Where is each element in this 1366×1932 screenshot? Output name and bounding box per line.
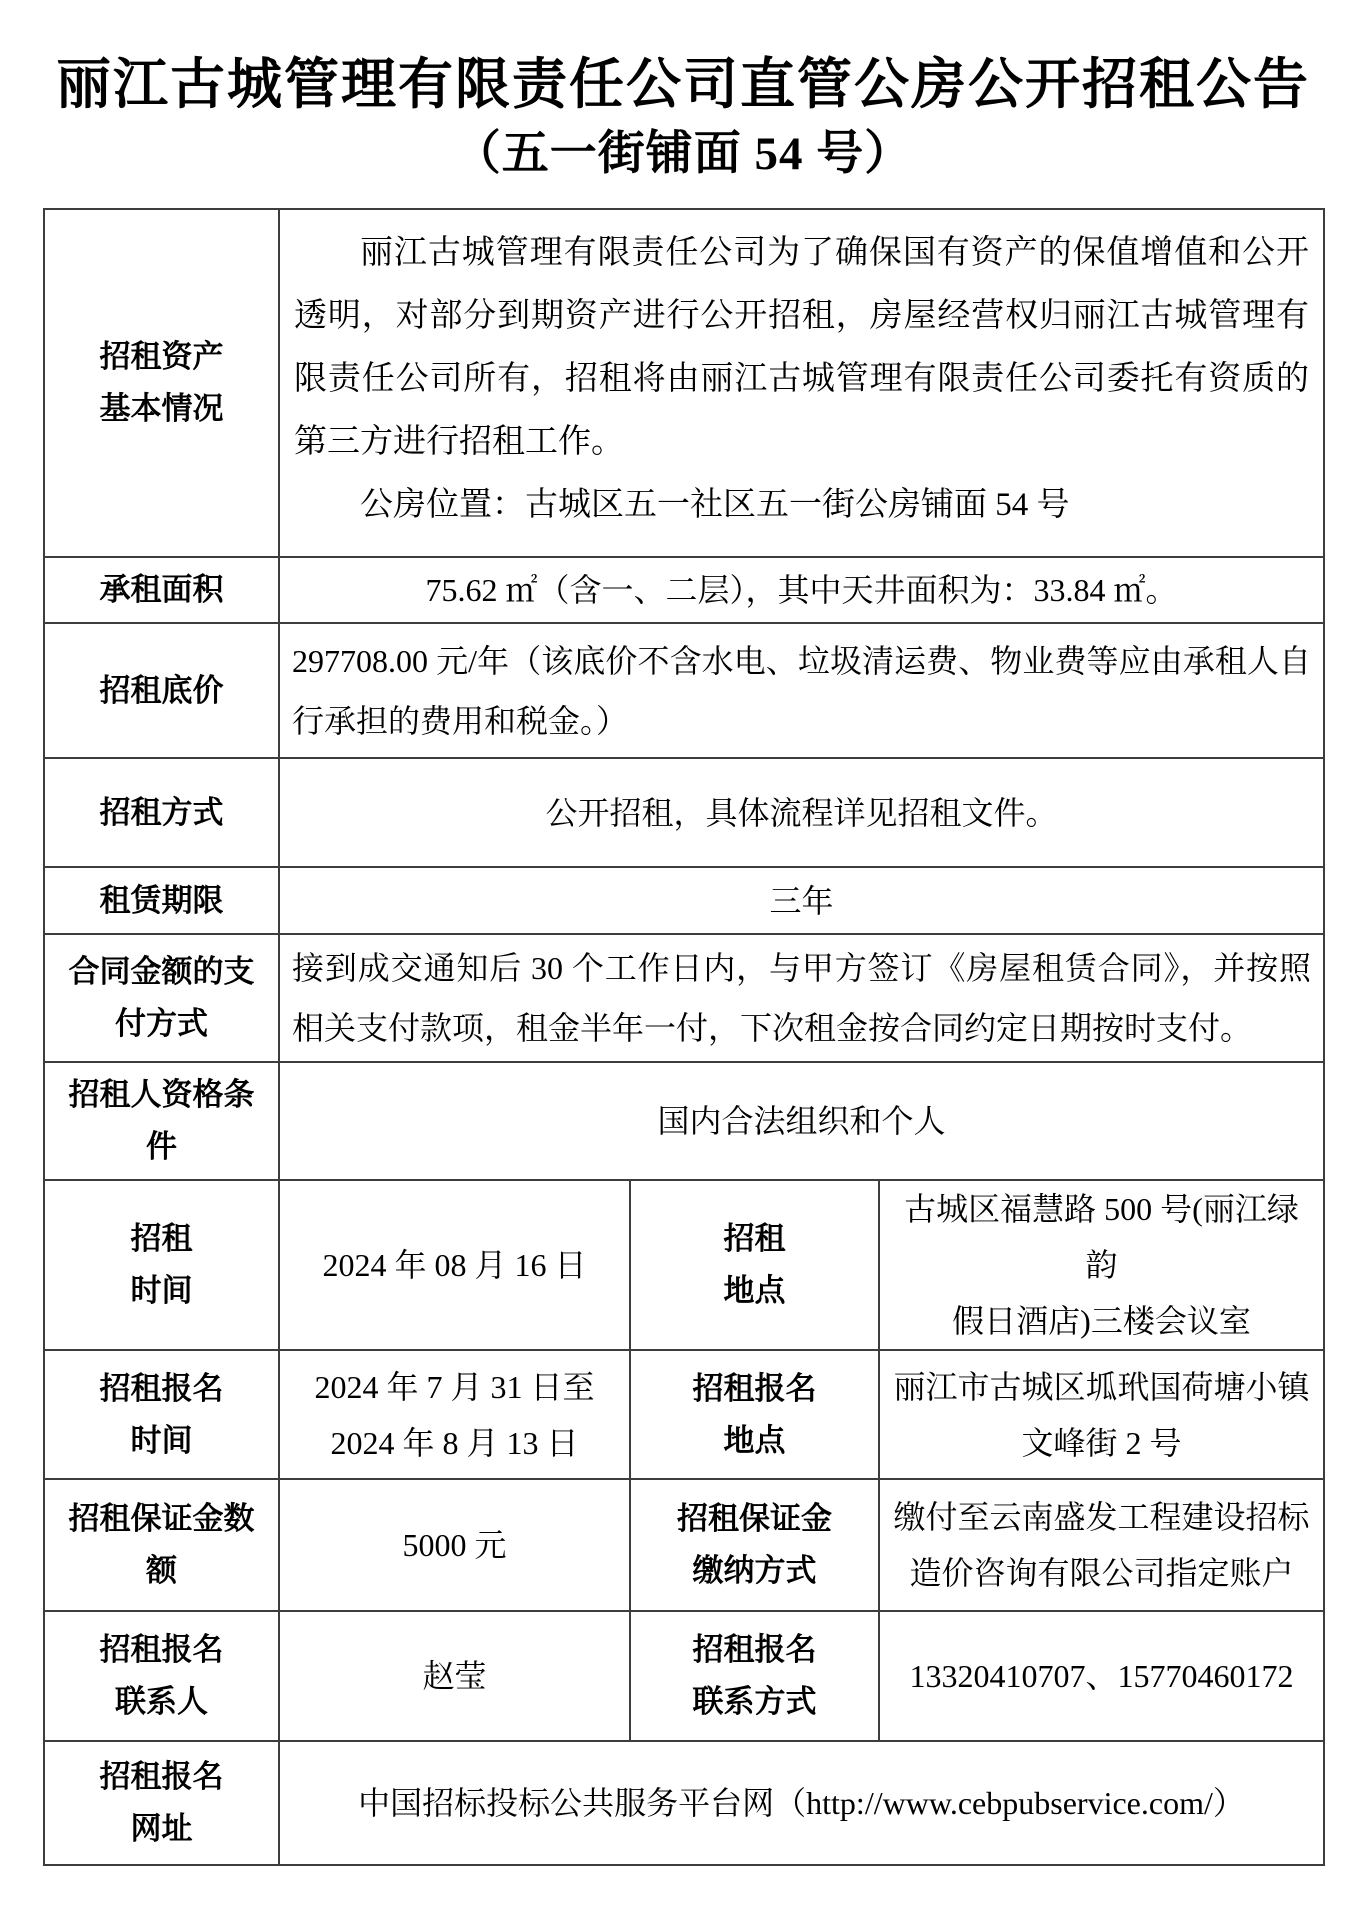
value-signup-time: 2024 年 7 月 31 日至 2024 年 8 月 13 日 bbox=[279, 1350, 630, 1479]
row-asset-basic-info: 招租资产 基本情况 丽江古城管理有限责任公司为了确保国有资产的保值增值和公开透明… bbox=[44, 209, 1324, 557]
row-eligibility: 招租人资格条 件 国内合法组织和个人 bbox=[44, 1062, 1324, 1180]
label-deposit-payment: 招租保证金 缴纳方式 bbox=[630, 1479, 879, 1611]
row-signup-website: 招租报名 网址 中国招标投标公共服务平台网（http://www.cebpubs… bbox=[44, 1741, 1324, 1865]
label-rental-area: 承租面积 bbox=[44, 557, 279, 623]
label-rental-time: 招租 时间 bbox=[44, 1180, 279, 1350]
row-payment-terms: 合同金额的支 付方式 接到成交通知后 30 个工作日内，与甲方签订《房屋租赁合同… bbox=[44, 934, 1324, 1062]
label-asset-basic-info: 招租资产 基本情况 bbox=[44, 209, 279, 557]
asset-basic-info-paragraph: 丽江古城管理有限责任公司为了确保国有资产的保值增值和公开透明，对部分到期资产进行… bbox=[294, 222, 1309, 474]
label-lease-term: 租赁期限 bbox=[44, 867, 279, 934]
label-rental-method: 招租方式 bbox=[44, 758, 279, 867]
label-base-price: 招租底价 bbox=[44, 623, 279, 758]
title-line-1: 丽江古城管理有限责任公司直管公房公开招租公告 bbox=[0, 46, 1366, 124]
value-deposit-amount: 5000 元 bbox=[279, 1479, 630, 1611]
label-deposit-amount: 招租保证金数 额 bbox=[44, 1479, 279, 1611]
cell-asset-basic-info: 丽江古城管理有限责任公司为了确保国有资产的保值增值和公开透明，对部分到期资产进行… bbox=[279, 209, 1324, 557]
value-contact-person: 赵莹 bbox=[279, 1611, 630, 1741]
row-signup-time-venue: 招租报名 时间 2024 年 7 月 31 日至 2024 年 8 月 13 日… bbox=[44, 1350, 1324, 1479]
label-signup-venue: 招租报名 地点 bbox=[630, 1350, 879, 1479]
value-rental-method: 公开招租，具体流程详见招租文件。 bbox=[279, 758, 1324, 867]
label-signup-time: 招租报名 时间 bbox=[44, 1350, 279, 1479]
value-signup-venue: 丽江市古城区坬玳国荷塘小镇 文峰街 2 号 bbox=[879, 1350, 1324, 1479]
value-payment-terms: 接到成交通知后 30 个工作日内，与甲方签订《房屋租赁合同》，并按照相关支付款项… bbox=[279, 934, 1324, 1062]
row-contact: 招租报名 联系人 赵莹 招租报名 联系方式 13320410707、157704… bbox=[44, 1611, 1324, 1741]
value-contact-phone: 13320410707、15770460172 bbox=[879, 1611, 1324, 1741]
label-signup-website: 招租报名 网址 bbox=[44, 1741, 279, 1865]
asset-location-line: 公房位置：古城区五一社区五一街公房铺面 54 号 bbox=[294, 474, 1309, 537]
value-rental-venue: 古城区福慧路 500 号(丽江绿韵 假日酒店)三楼会议室 bbox=[879, 1180, 1324, 1350]
label-contact-phone: 招租报名 联系方式 bbox=[630, 1611, 879, 1741]
label-contact-person: 招租报名 联系人 bbox=[44, 1611, 279, 1741]
value-deposit-payment: 缴付至云南盛发工程建设招标 造价咨询有限公司指定账户 bbox=[879, 1479, 1324, 1611]
value-eligibility: 国内合法组织和个人 bbox=[279, 1062, 1324, 1180]
label-payment-terms: 合同金额的支 付方式 bbox=[44, 934, 279, 1062]
label-eligibility: 招租人资格条 件 bbox=[44, 1062, 279, 1180]
row-rental-time-venue: 招租 时间 2024 年 08 月 16 日 招租 地点 古城区福慧路 500 … bbox=[44, 1180, 1324, 1350]
value-rental-area: 75.62 ㎡（含一、二层），其中天井面积为：33.84 ㎡。 bbox=[279, 557, 1324, 623]
row-rental-method: 招租方式 公开招租，具体流程详见招租文件。 bbox=[44, 758, 1324, 867]
page-title: 丽江古城管理有限责任公司直管公房公开招租公告 （五一街铺面 54 号） bbox=[0, 46, 1366, 184]
document-page: 丽江古城管理有限责任公司直管公房公开招租公告 （五一街铺面 54 号） 招租资产… bbox=[0, 0, 1366, 1932]
row-rental-area: 承租面积 75.62 ㎡（含一、二层），其中天井面积为：33.84 ㎡。 bbox=[44, 557, 1324, 623]
value-rental-time: 2024 年 08 月 16 日 bbox=[279, 1180, 630, 1350]
value-signup-website: 中国招标投标公共服务平台网（http://www.cebpubservice.c… bbox=[279, 1741, 1324, 1865]
value-base-price: 297708.00 元/年（该底价不含水电、垃圾清运费、物业费等应由承租人自行承… bbox=[279, 623, 1324, 758]
label-rental-venue: 招租 地点 bbox=[630, 1180, 879, 1350]
row-base-price: 招租底价 297708.00 元/年（该底价不含水电、垃圾清运费、物业费等应由承… bbox=[44, 623, 1324, 758]
value-lease-term: 三年 bbox=[279, 867, 1324, 934]
row-lease-term: 租赁期限 三年 bbox=[44, 867, 1324, 934]
title-line-2: （五一街铺面 54 号） bbox=[0, 124, 1366, 184]
row-deposit: 招租保证金数 额 5000 元 招租保证金 缴纳方式 缴付至云南盛发工程建设招标… bbox=[44, 1479, 1324, 1611]
announcement-table: 招租资产 基本情况 丽江古城管理有限责任公司为了确保国有资产的保值增值和公开透明… bbox=[43, 208, 1325, 1866]
